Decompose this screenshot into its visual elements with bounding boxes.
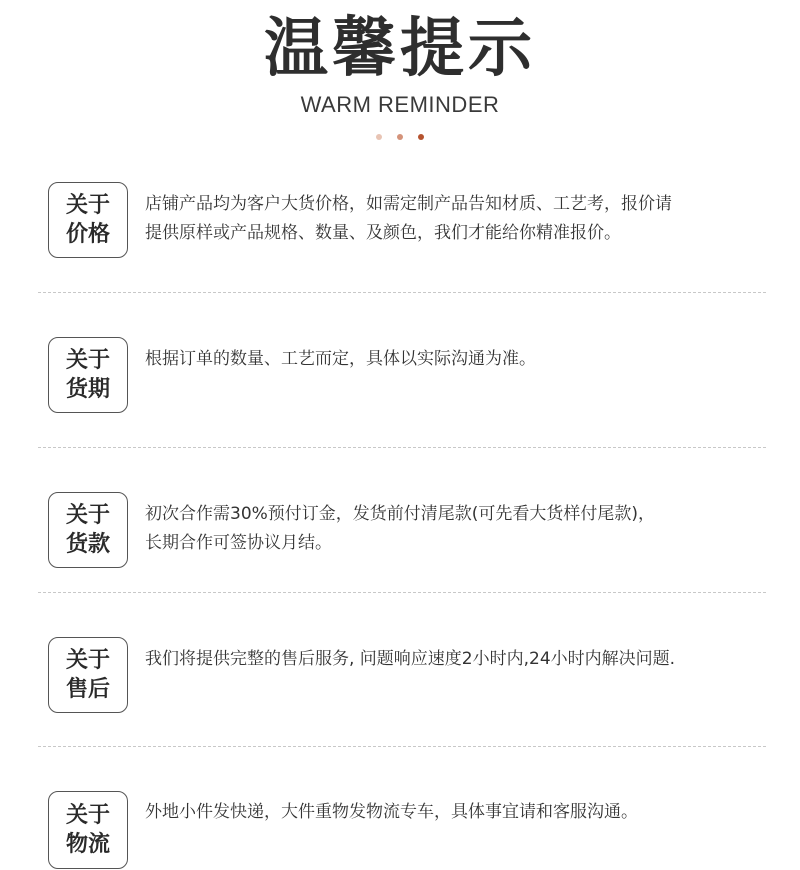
label-box-delivery-time: 关于 货期 bbox=[48, 337, 128, 413]
label-line2: 货期 bbox=[66, 375, 110, 404]
text-line2: 提供原样或产品规格、数量、及颜色，我们才能给你精准报价。 bbox=[145, 219, 785, 248]
divider bbox=[38, 592, 766, 593]
text-line1: 根据订单的数量、工艺而定，具体以实际沟通为准。 bbox=[145, 345, 785, 374]
section-text-logistics: 外地小件发快递，大件重物发物流专车，具体事宜请和客服沟通。 bbox=[145, 798, 785, 827]
dot-icon-light bbox=[376, 134, 382, 140]
label-line1: 关于 bbox=[66, 501, 110, 530]
section-text-price: 店铺产品均为客户大货价格，如需定制产品告知材质、工艺考，报价请 提供原样或产品规… bbox=[145, 190, 785, 248]
section-text-delivery-time: 根据订单的数量、工艺而定，具体以实际沟通为准。 bbox=[145, 345, 785, 374]
label-line2: 货款 bbox=[66, 530, 110, 559]
divider bbox=[38, 447, 766, 448]
page-title: 温馨提示 bbox=[0, 12, 800, 86]
section-text-payment: 初次合作需30%预付订金，发货前付清尾款(可先看大货样付尾款)， 长期合作可签协… bbox=[145, 500, 785, 558]
label-box-logistics: 关于 物流 bbox=[48, 791, 128, 869]
label-box-payment: 关于 货款 bbox=[48, 492, 128, 568]
label-box-price: 关于 价格 bbox=[48, 182, 128, 258]
dot-icon-dark bbox=[418, 134, 424, 140]
divider bbox=[38, 746, 766, 747]
divider bbox=[38, 292, 766, 293]
dot-icon-medium bbox=[397, 134, 403, 140]
text-line1: 外地小件发快递，大件重物发物流专车，具体事宜请和客服沟通。 bbox=[145, 798, 785, 827]
text-line1: 初次合作需30%预付订金，发货前付清尾款(可先看大货样付尾款)， bbox=[145, 500, 785, 529]
label-line1: 关于 bbox=[66, 801, 110, 830]
label-line2: 价格 bbox=[66, 220, 110, 249]
decorative-dots bbox=[0, 134, 800, 140]
label-line2: 物流 bbox=[66, 830, 110, 859]
label-line2: 售后 bbox=[66, 675, 110, 704]
text-line1: 店铺产品均为客户大货价格，如需定制产品告知材质、工艺考，报价请 bbox=[145, 190, 785, 219]
label-line1: 关于 bbox=[66, 346, 110, 375]
section-text-after-sales: 我们将提供完整的售后服务, 问题响应速度2小时内,24小时内解决问题. bbox=[145, 645, 785, 674]
label-line1: 关于 bbox=[66, 646, 110, 675]
page-subtitle: WARM REMINDER bbox=[0, 90, 800, 120]
label-line1: 关于 bbox=[66, 191, 110, 220]
label-box-after-sales: 关于 售后 bbox=[48, 637, 128, 713]
text-line2: 长期合作可签协议月结。 bbox=[145, 529, 785, 558]
text-line1: 我们将提供完整的售后服务, 问题响应速度2小时内,24小时内解决问题. bbox=[145, 645, 785, 674]
